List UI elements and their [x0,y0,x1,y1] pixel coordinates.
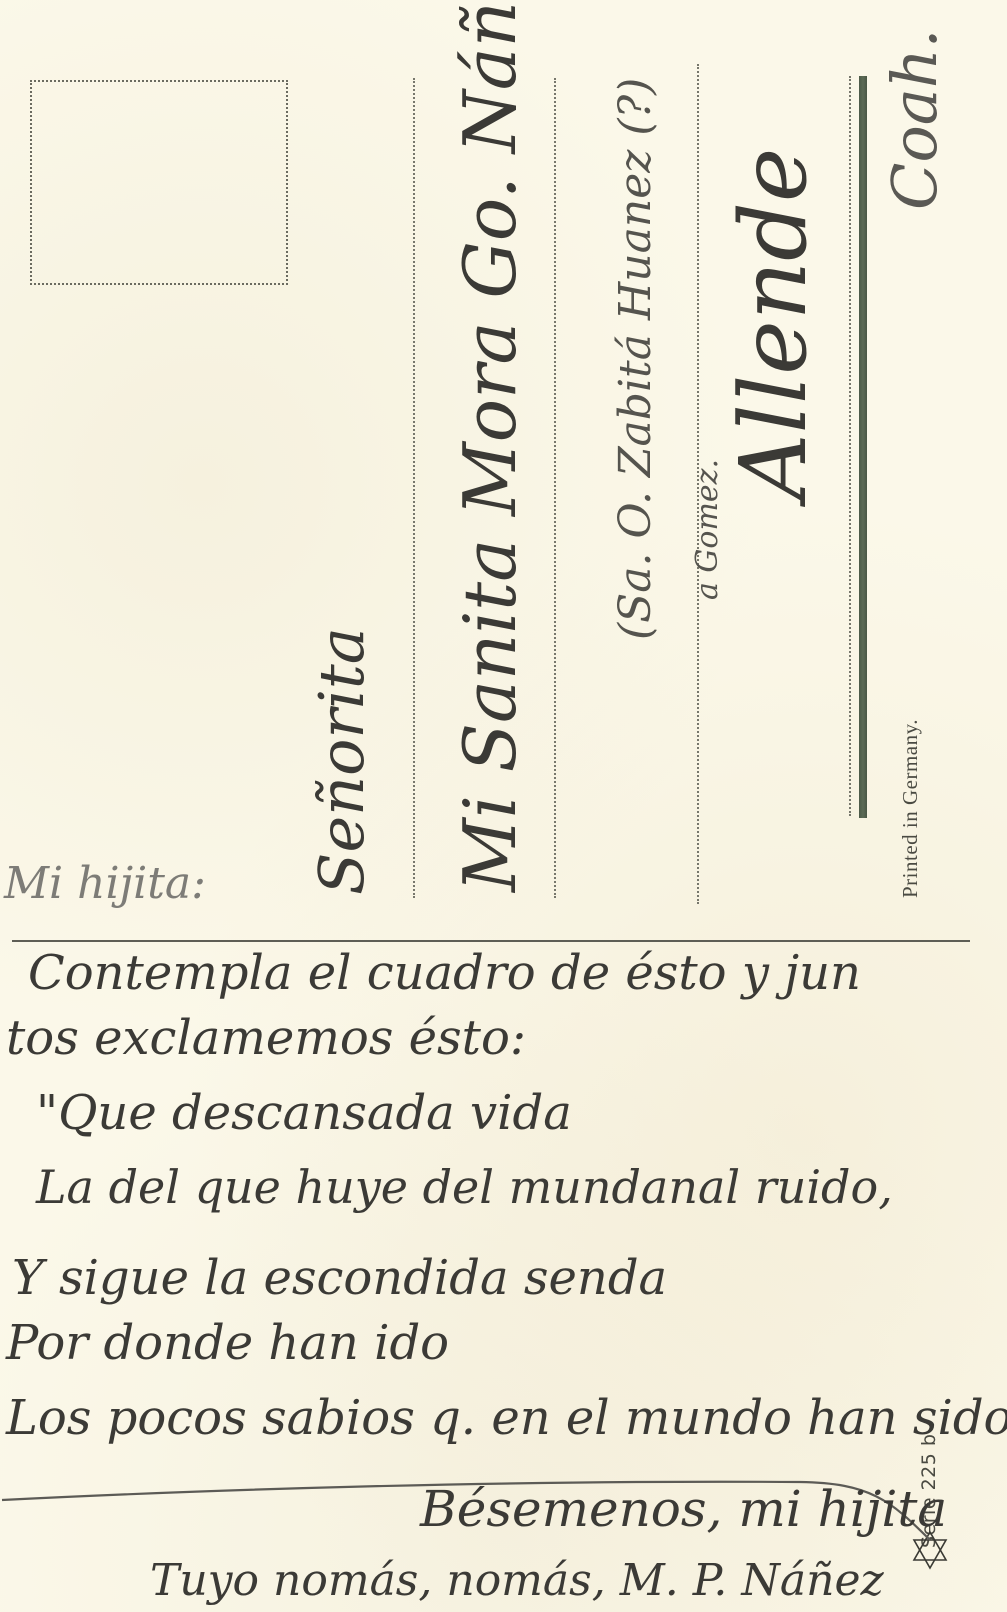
greeting: Mi hijita: [4,858,206,909]
address-line-4: Allende [720,148,827,500]
printed-origin-label: Printed in Germany. [898,719,923,898]
message-line: Y sigue la escondida senda [12,1250,667,1306]
message-separator [12,940,970,942]
closing-line: Bésemenos, mi hijita [420,1480,947,1538]
address-line-2: Mi Sanita Mora Go. Náñez [448,0,532,892]
address-guide-line [554,78,556,898]
message-line: Contempla el cuadro de ésto y jun [28,945,861,1001]
signoff-line: Tuyo nomás, nomás, M. P. Náñez [150,1555,884,1606]
address-line-3: (Sa. O. Zabitá Huanez (?) [610,78,661,640]
address-guide-line [849,76,851,816]
address-guide-line [413,78,415,898]
message-line: "Que descansada vida [36,1085,572,1141]
message-line: Por donde han ido [6,1315,449,1371]
stamp-box [30,80,288,285]
message-line: La del que huye del mundanal ruido, [36,1160,893,1214]
address-line-5: Coah. [878,29,951,210]
message-line: tos exclamemos ésto: [6,1010,526,1066]
message-line: Los pocos sabios q. en el mundo han sido… [6,1390,1007,1446]
address-line-1: Señorita [305,627,378,895]
divider-rule [859,76,867,818]
